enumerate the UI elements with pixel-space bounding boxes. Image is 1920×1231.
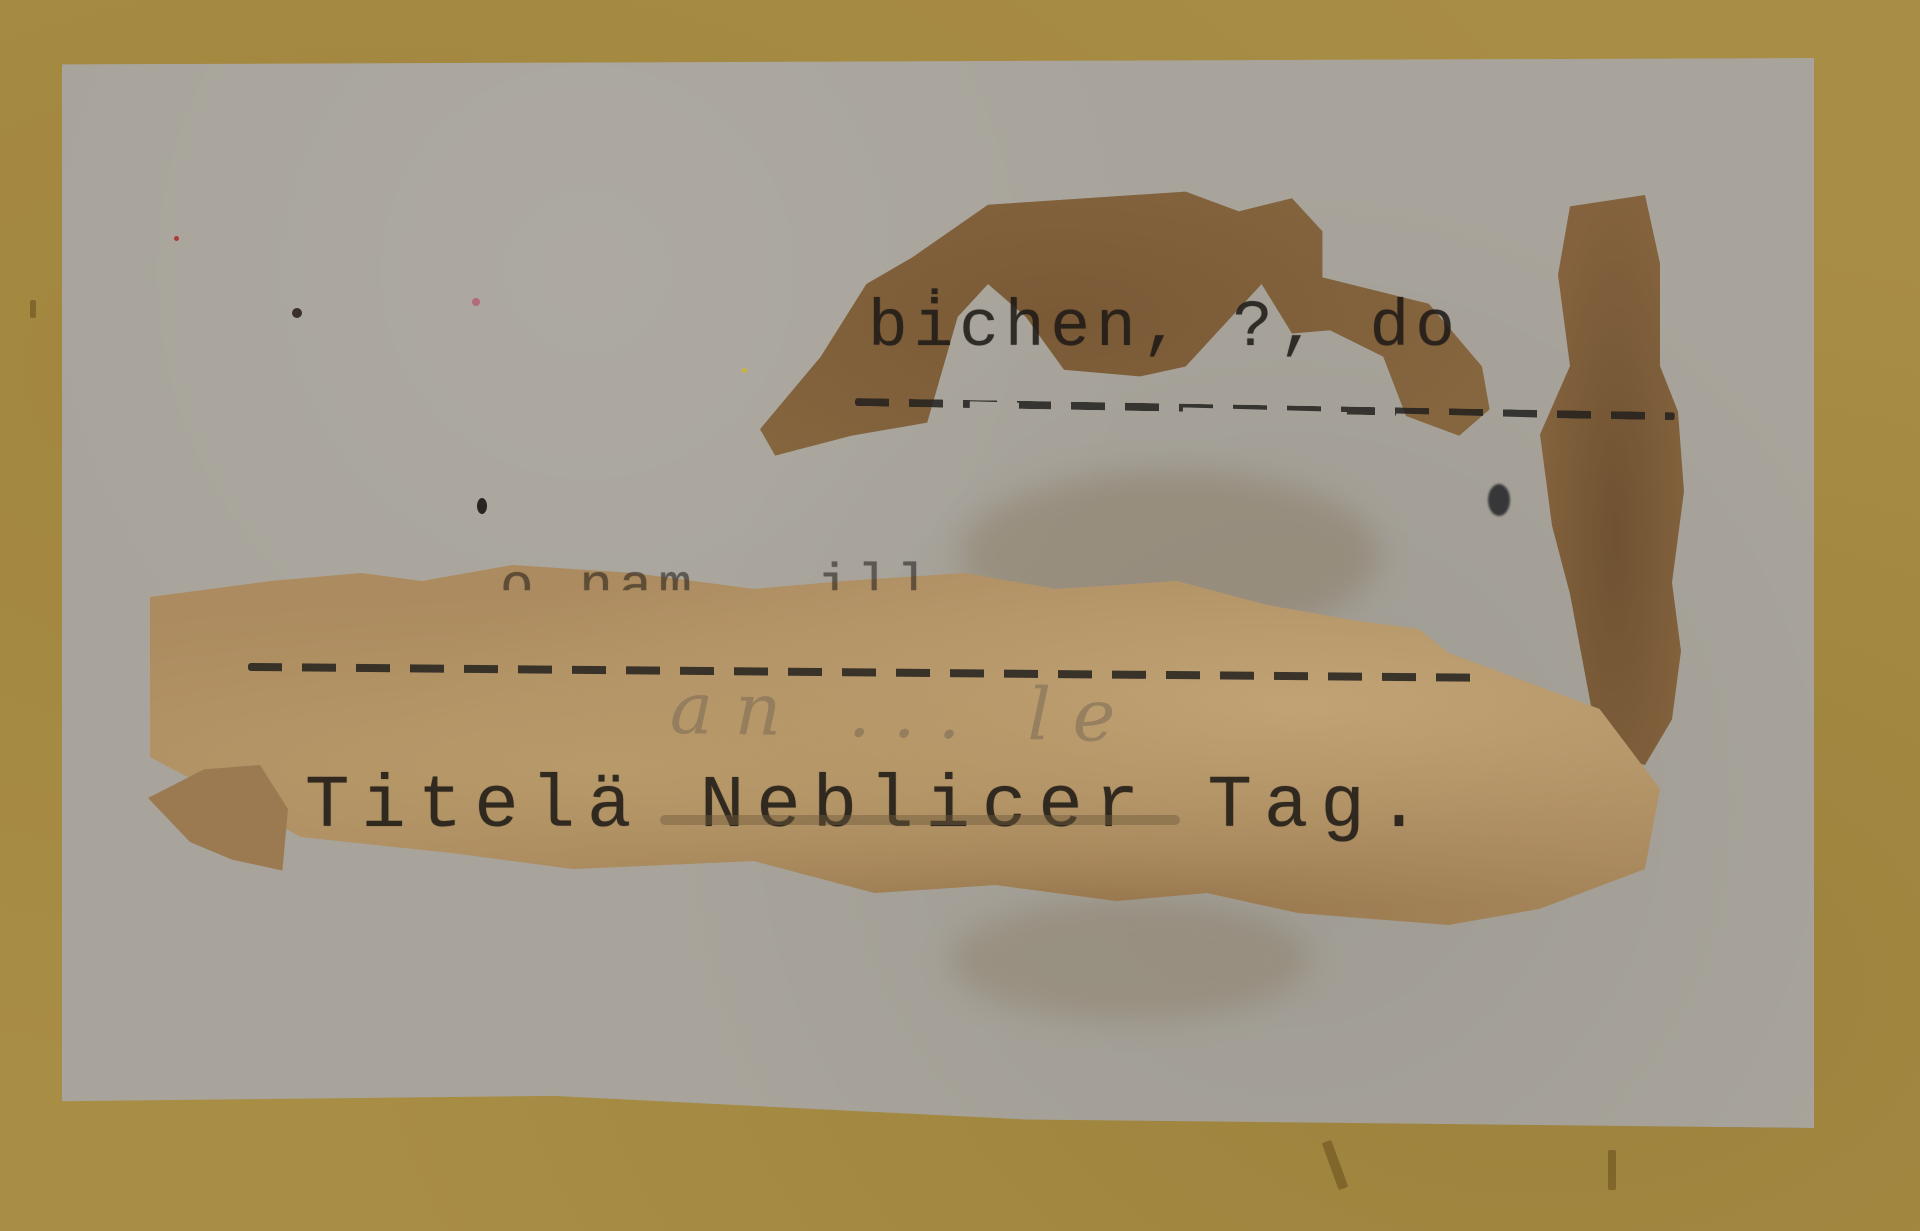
pencil-strike-line xyxy=(660,815,1180,825)
board-scratch xyxy=(1608,1150,1616,1190)
ink-blot xyxy=(1488,484,1510,516)
fiber-speck xyxy=(292,308,302,318)
fiber-speck xyxy=(477,498,487,514)
fiber-speck xyxy=(742,368,747,373)
typed-title-line: Titelä Neblicer Tag. xyxy=(305,765,1433,849)
water-stain xyxy=(950,900,1310,1020)
board-scratch xyxy=(1322,1140,1348,1190)
handwritten-pencil-note: an ... le xyxy=(669,666,1138,758)
fiber-speck xyxy=(174,236,179,241)
fiber-speck xyxy=(472,298,480,306)
typed-line-top: bi̇chen, ?, do xyxy=(868,290,1461,365)
board-scratch xyxy=(30,300,36,318)
